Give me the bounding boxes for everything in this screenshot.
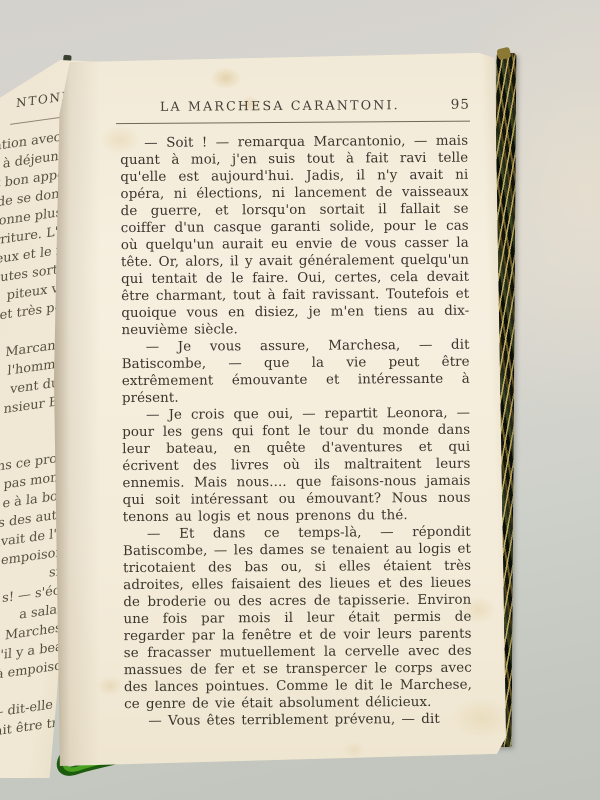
main-page-inner: LA MARCHESA CARANTONI. 95 — Soit ! — rem… [52, 48, 509, 767]
paragraph: — Je vous assure, Marchesa, — dit Batisc… [122, 337, 470, 407]
page-body: — Soit ! — remarqua Marcantonio, — mais … [120, 133, 472, 730]
photographed-book-scene: 73 NTONI. ation avec leursà déjeuner. En… [0, 0, 600, 800]
running-title: LA MARCHESA CARANTONI. [118, 97, 442, 114]
header-rule [116, 121, 470, 124]
main-page: LA MARCHESA CARANTONI. 95 — Soit ! — rem… [54, 50, 506, 766]
paragraph: — Je crois que oui, — repartit Leonora, … [122, 405, 471, 526]
paragraph: — Et dans ce temps-là, — répondit Batisc… [123, 524, 472, 713]
page-header: LA MARCHESA CARANTONI. 95 [118, 97, 470, 117]
page-number: 95 [451, 97, 470, 113]
paragraph: — Vous êtes terriblement prévenu, — dit [124, 711, 472, 730]
paragraph: — Soit ! — remarqua Marcantonio, — mais … [120, 133, 469, 339]
